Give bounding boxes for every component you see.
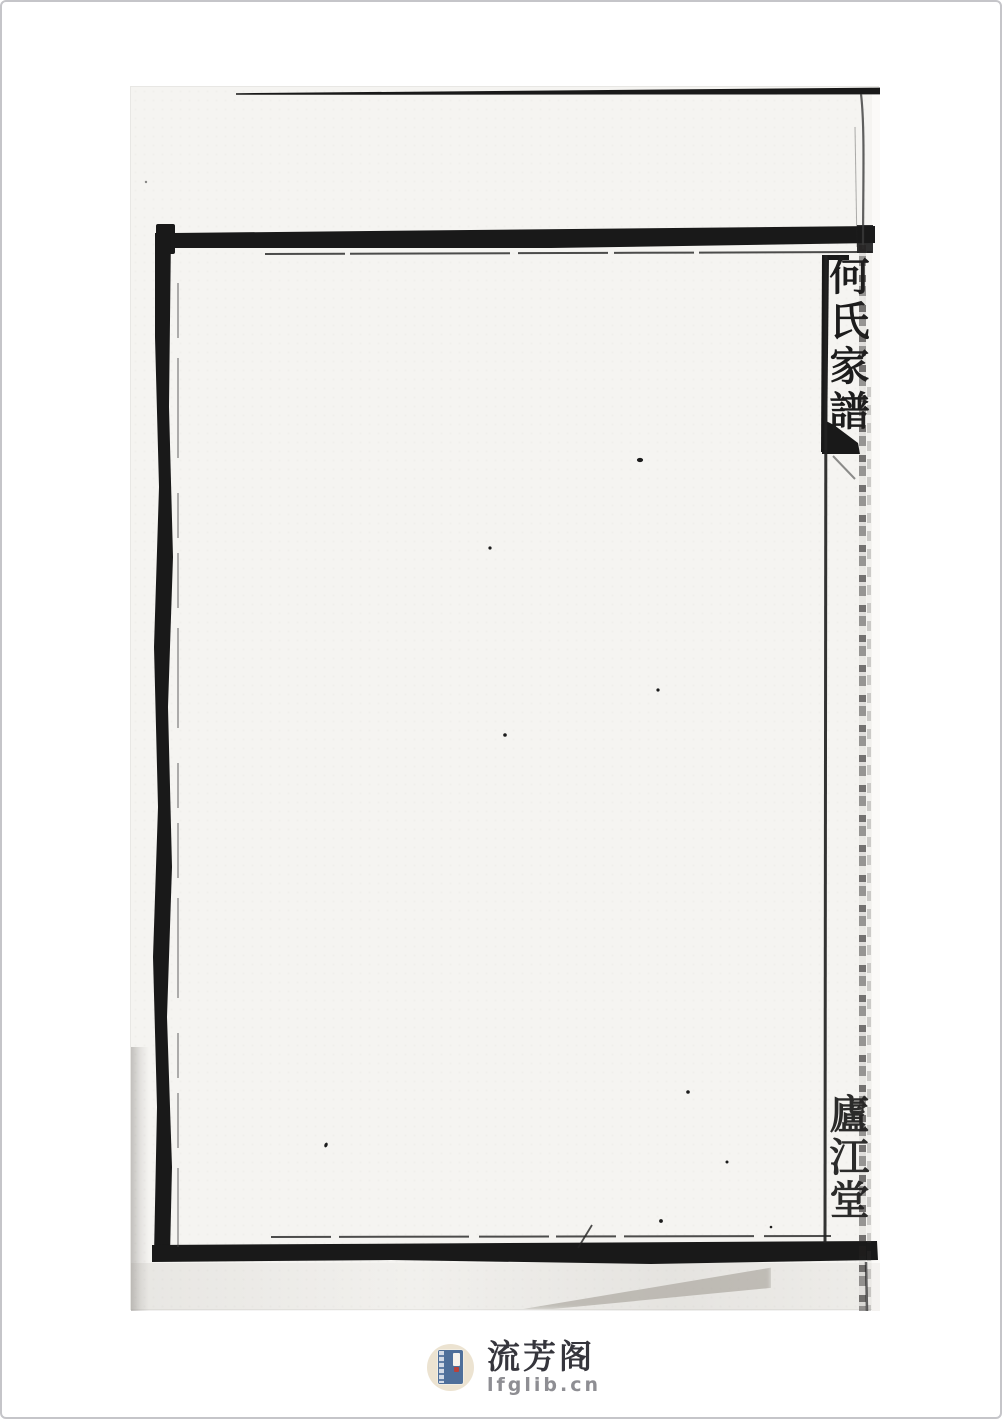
book-title-label (453, 1353, 460, 1366)
watermark-text-column: 流芳阁 lfglib.cn (487, 1340, 601, 1396)
watermark-logo: 流芳阁 lfglib.cn (427, 1340, 601, 1396)
frame-bars (152, 88, 880, 1264)
watermark-circle-badge (427, 1344, 474, 1391)
book-spine-gutter-band (859, 245, 866, 1311)
frame-thin-rules (178, 94, 872, 1311)
book-spine-gutter-band-light (867, 387, 871, 1311)
book-red-seal (454, 1367, 459, 1372)
printed-frame-border (131, 87, 880, 1311)
scan-photo-area: 何氏家譜 廬江堂 (130, 86, 879, 1310)
watermark-site-name: 流芳阁 (487, 1340, 601, 1375)
book-stitching-strip (439, 1351, 444, 1383)
watermark-site-url: lfglib.cn (487, 1376, 601, 1396)
ink-specks (145, 181, 773, 1228)
thread-bound-book-icon (438, 1350, 463, 1384)
scanned-genealogy-page: 何氏家譜 廬江堂 流芳阁 lfglib.cn (0, 0, 1002, 1419)
